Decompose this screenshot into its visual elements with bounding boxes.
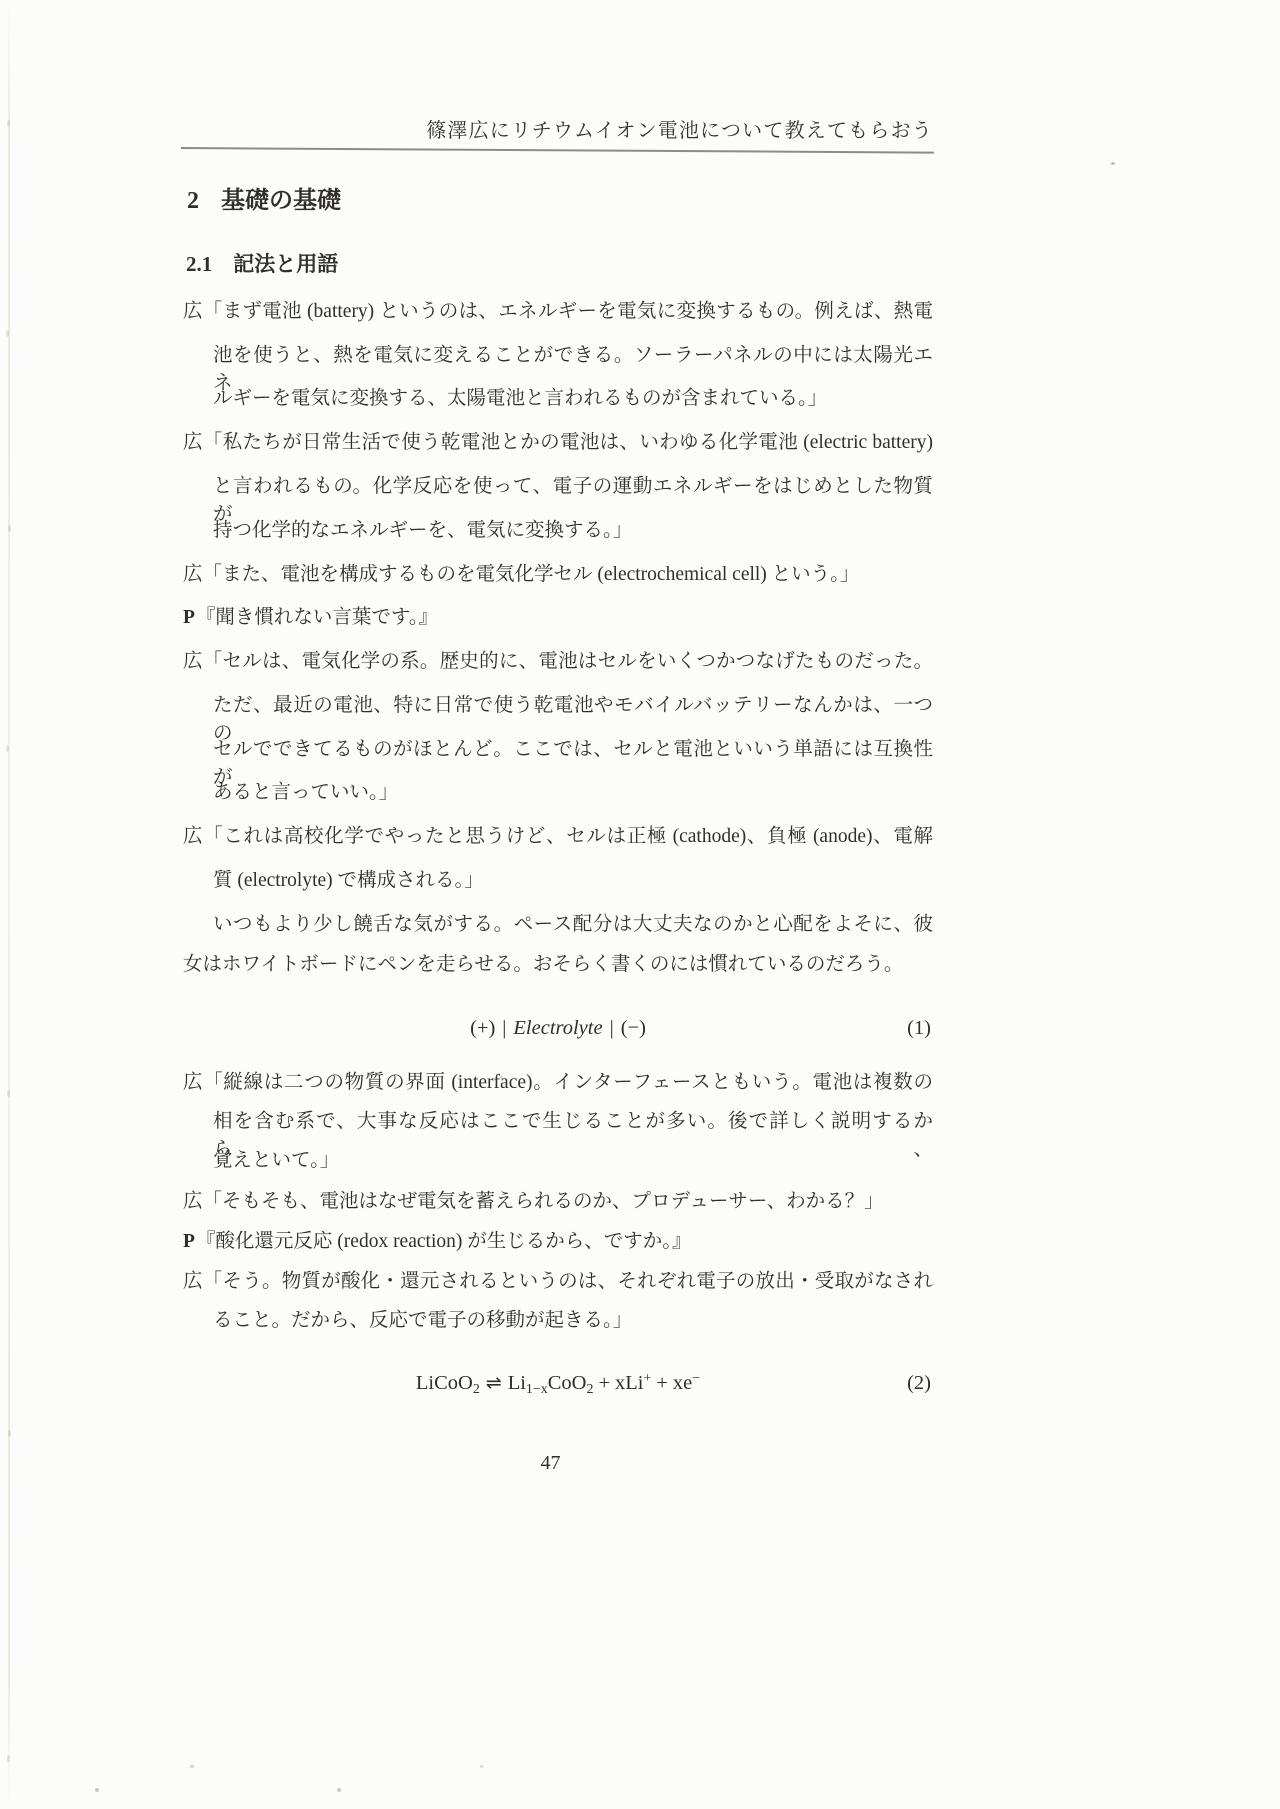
plus-sign: + bbox=[656, 1372, 668, 1394]
scan-speck bbox=[8, 525, 11, 532]
running-header: 篠澤広にリチウムイオン電池について教えてもらおう bbox=[183, 117, 933, 145]
text-line: 広「セルは、電気化学の系。歴史的に、電池はセルをいくつかつなげたものだった。 bbox=[183, 648, 933, 676]
scan-speck bbox=[7, 1090, 10, 1097]
speech-text: 『聞き慣れない言葉です。』 bbox=[196, 607, 438, 628]
section-title: 基礎の基礎 bbox=[221, 188, 341, 214]
scan-speck bbox=[8, 1430, 11, 1437]
header-rule bbox=[181, 147, 934, 154]
text-line: 広「私たちが日常生活で使う乾電池とかの電池は、いわゆる化学電池 (electri… bbox=[183, 429, 933, 457]
text-line: いつもより少し饒舌な気がする。ペース配分は大丈夫なのかと心配をよそに、彼 bbox=[213, 911, 933, 939]
scan-speck bbox=[6, 330, 9, 337]
text-line: P『聞き慣れない言葉です。』 bbox=[183, 604, 933, 632]
equation-1: (+)|Electrolyte|(−) (1) bbox=[183, 1013, 933, 1043]
subsection-title: 記法と用語 bbox=[233, 252, 338, 276]
scan-speck bbox=[7, 1755, 10, 1762]
eq2-term: xLi bbox=[615, 1372, 643, 1394]
equilibrium-arrow: ⇌ bbox=[486, 1372, 502, 1394]
scan-speck bbox=[337, 1788, 341, 1792]
text-line: 広「そもそも、電池はなぜ電気を蓄えられるのか、プロデューサー、わかる？」 bbox=[183, 1188, 933, 1216]
speaker-label: P bbox=[183, 607, 195, 628]
eq2-superscript: + bbox=[643, 1371, 651, 1386]
eq2-term: LiCoO bbox=[416, 1372, 473, 1394]
text-line: あると言っていい。」 bbox=[213, 779, 933, 807]
paper-left-edge bbox=[8, 0, 10, 1809]
scanned-page: 篠澤広にリチウムイオン電池について教えてもらおう 2基礎の基礎 2.1記法と用語… bbox=[0, 0, 1280, 1809]
subsection-heading: 2.1記法と用語 bbox=[186, 251, 338, 278]
eq2-subscript: 1−x bbox=[526, 1382, 548, 1397]
speech-text: 『酸化還元反応 (redox reaction) が生じるから、ですか。』 bbox=[196, 1231, 692, 1252]
eq1-electrolyte: Electrolyte bbox=[513, 1017, 602, 1039]
scan-speck bbox=[1111, 162, 1115, 165]
eq2-subscript: 2 bbox=[586, 1382, 593, 1397]
plus-sign: + bbox=[598, 1372, 610, 1394]
eq1-bar: | bbox=[502, 1017, 506, 1039]
equation-number: (1) bbox=[907, 1013, 931, 1043]
text-line: 広「また、電池を構成するものを電気化学セル (electrochemical c… bbox=[183, 561, 933, 589]
speaker-label: P bbox=[183, 1231, 195, 1252]
eq2-term: Li bbox=[508, 1372, 526, 1394]
text-line: ること。だから、反応で電子の移動が起きる。」 bbox=[213, 1307, 933, 1335]
scan-speck bbox=[6, 745, 9, 752]
eq2-superscript: − bbox=[692, 1371, 700, 1386]
eq2-subscript: 2 bbox=[473, 1382, 480, 1397]
scan-speck bbox=[190, 1765, 194, 1768]
subsection-number: 2.1 bbox=[186, 252, 212, 276]
text-line: 広「これは高校化学でやったと思うけど、セルは正極 (cathode)、負極 (a… bbox=[183, 823, 933, 851]
text-line: 持つ化学的なエネルギーを、電気に変換する。」 bbox=[213, 517, 933, 545]
text-line: P『酸化還元反応 (redox reaction) が生じるから、ですか。』 bbox=[183, 1228, 933, 1256]
eq1-rhs: (−) bbox=[621, 1017, 646, 1039]
text-line: 女はホワイトボードにペンを走らせる。おそらく書くのには慣れているのだろう。 bbox=[183, 951, 933, 979]
eq2-term: CoO bbox=[548, 1372, 587, 1394]
eq2-term: xe bbox=[673, 1372, 692, 1394]
text-line: 質 (electrolyte) で構成される。」 bbox=[213, 867, 933, 895]
text-line: ルギーを電気に変換する、太陽電池と言われるものが含まれている。」 bbox=[213, 385, 933, 413]
text-line: 広「まず電池 (battery) というのは、エネルギーを電気に変換するもの。例… bbox=[183, 298, 933, 326]
text-line: 広「縦線は二つの物質の界面 (interface)。インターフェースともいう。電… bbox=[183, 1069, 933, 1097]
text-line: 覚えといて。」 bbox=[213, 1147, 933, 1175]
equation-2: LiCoO2⇌Li1−xCoO2+xLi++xe− (2) bbox=[183, 1368, 933, 1398]
section-heading: 2基礎の基礎 bbox=[187, 186, 341, 216]
section-number: 2 bbox=[187, 188, 199, 214]
scan-speck bbox=[95, 1788, 99, 1792]
text-line: 広「そう。物質が酸化・還元されるというのは、それぞれ電子の放出・受取がなされ bbox=[183, 1268, 933, 1296]
eq1-bar: | bbox=[610, 1017, 614, 1039]
page-number: 47 bbox=[183, 1452, 918, 1475]
scan-speck bbox=[480, 1765, 483, 1768]
equation-number: (2) bbox=[907, 1368, 931, 1398]
eq1-lhs: (+) bbox=[470, 1017, 495, 1039]
scan-speck bbox=[7, 120, 10, 127]
